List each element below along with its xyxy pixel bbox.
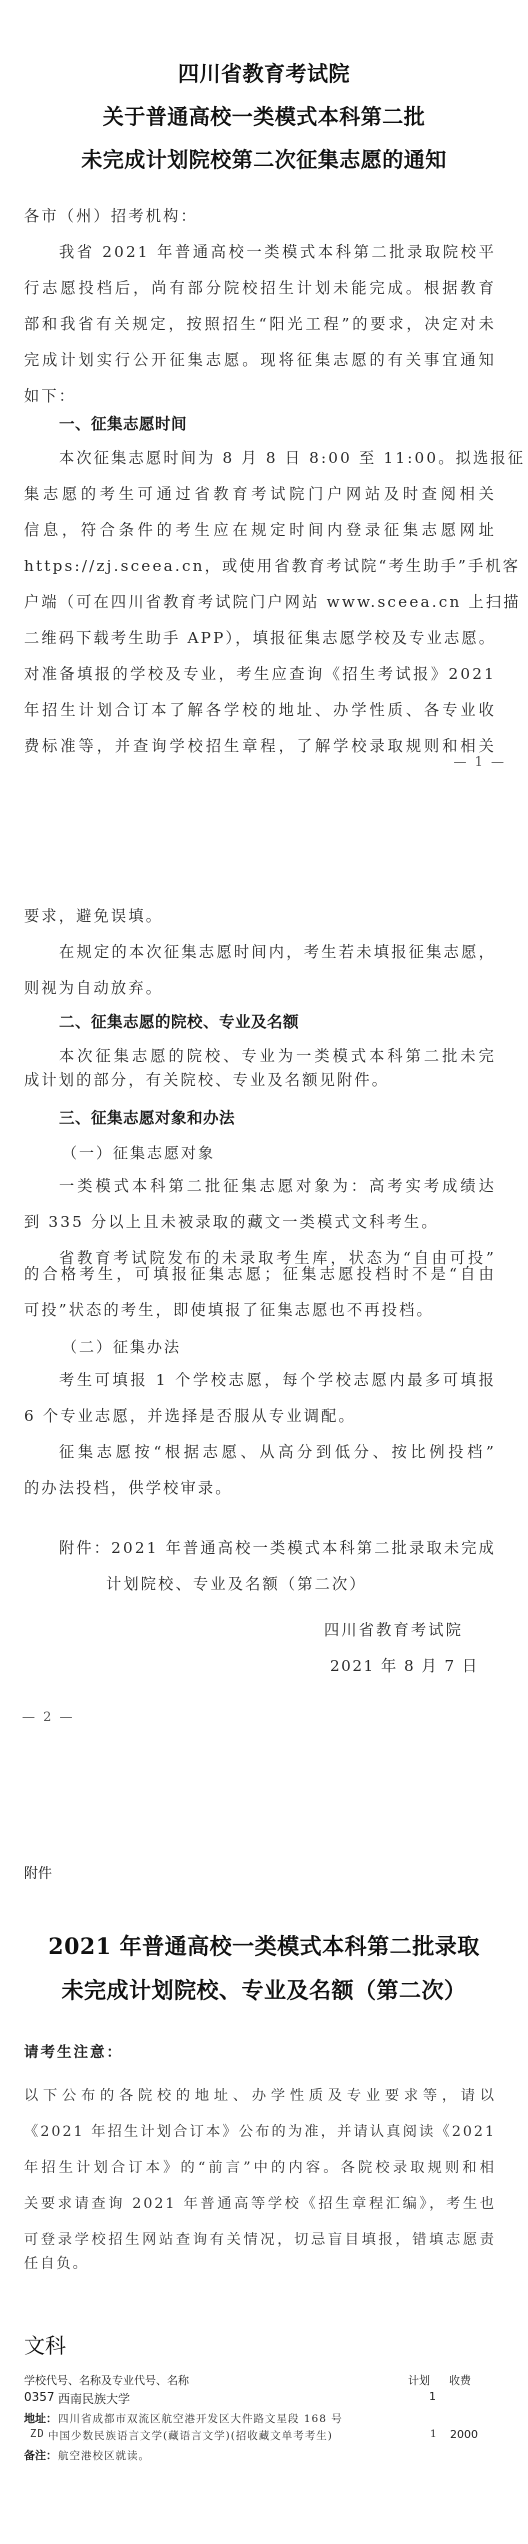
table-header-name: 学校代号、名称及专业代号、名称 xyxy=(24,2372,189,2388)
document-title-line-3: 未完成计划院校第二次征集志愿的通知 xyxy=(0,144,528,174)
notice-label: 请考生注意： xyxy=(24,2041,123,2062)
section-1-para2-line: 则视为自动放弃。 xyxy=(24,978,496,998)
sub1-para1-line: 到 335 分以上且未被录取的藏文一类模式文科考生。 xyxy=(24,1212,496,1232)
section-2-heading: 二、征集志愿的院校、专业及名额 xyxy=(59,1010,299,1032)
intro-line: 如下： xyxy=(24,386,496,406)
section-3-sub2-heading: （二）征集办法 xyxy=(62,1336,181,1357)
sub2-para2-line: 征集志愿按“根据志愿、从高分到低分、按比例投档” xyxy=(59,1442,496,1462)
intro-line: 我省 2021 年普通高校一类模式本科第二批录取院校平 xyxy=(59,242,496,262)
remark-value: 航空港校区就读。 xyxy=(58,2448,150,2463)
section-2-line: 本次征集志愿的院校、专业为一类模式本科第二批未完 xyxy=(59,1046,496,1066)
sub1-para2-line: 的合格考生，可填报征集志愿；征集志愿投档时不是“自由 xyxy=(24,1264,496,1284)
notice-line: 年招生计划合订本》的“前言”中的内容。各院校录取规则和相 xyxy=(24,2157,496,2177)
section-1-line: 信息，符合条件的考生应在规定时间内登录征集志愿网址 xyxy=(24,520,496,540)
major-code: ZD xyxy=(30,2428,45,2440)
address-value: 四川省成都市双流区航空港开发区大件路文星段 168 号 xyxy=(58,2411,343,2426)
section-1-heading: 一、征集志愿时间 xyxy=(59,412,187,434)
section-1-line-website: 户端（可在四川省教育考试院门户网站 www.sceea.cn 上扫描 xyxy=(24,592,496,612)
section-3-sub1-heading: （一）征集志愿对象 xyxy=(62,1142,215,1163)
category-heading: 文科 xyxy=(24,2330,66,2360)
notice-line: 关要求请查询 2021 年普通高等学校《招生章程汇编》，考生也 xyxy=(24,2193,496,2213)
table-header-plan: 计划 xyxy=(408,2372,430,2388)
notice-line: 可登录学校招生网站查询有关情况，切忌盲目填报，错填志愿责 xyxy=(24,2229,496,2249)
sub2-para1-line: 6 个专业志愿，并选择是否服从专业调配。 xyxy=(24,1406,496,1426)
section-1-line: 年招生计划合订本了解各学校的地址、办学性质、各专业收 xyxy=(24,700,496,720)
remark-label: 备注： xyxy=(24,2447,57,2463)
intro-line: 完成计划实行公开征集志愿。现将征集志愿的有关事宜通知 xyxy=(24,350,496,370)
attachment-label: 附件 xyxy=(24,1863,52,1883)
section-3-heading: 三、征集志愿对象和办法 xyxy=(59,1106,235,1128)
section-2-line: 成计划的部分，有关院校、专业及名额见附件。 xyxy=(24,1070,496,1090)
attachment-title-line-2: 未完成计划院校、专业及名额（第二次） xyxy=(0,1974,528,2005)
section-1-line: 集志愿的考生可通过省教育考试院门户网站及时查阅相关 xyxy=(24,484,496,504)
page-number-1: — 1 — xyxy=(453,755,506,770)
attachment-title-line-1: 2021 年普通高校一类模式本科第二批录取 xyxy=(0,1930,528,1961)
signature-org: 四川省教育考试院 xyxy=(324,1620,463,1640)
notice-line: 《2021 年招生计划合订本》公布的为准，并请认真阅读《2021 xyxy=(24,2121,496,2141)
major-fee: 2000 xyxy=(450,2428,478,2441)
school-name: 西南民族大学 xyxy=(58,2390,130,2407)
notice-line: 任自负。 xyxy=(24,2253,496,2273)
salutation: 各市（州）招考机构： xyxy=(24,206,496,226)
section-1-continued-line: 要求，避免误填。 xyxy=(24,906,496,926)
attachment-reference-line: 附件：2021 年普通高校一类模式本科第二批录取未完成 xyxy=(59,1538,496,1558)
signature-date: 2021 年 8 月 7 日 xyxy=(330,1656,479,1676)
sub2-para2-line: 的办法投档，供学校审录。 xyxy=(24,1478,496,1498)
address-label: 地址： xyxy=(24,2410,57,2426)
sub1-para2-line: 可投”状态的考生，即使填报了征集志愿也不再投档。 xyxy=(24,1300,496,1320)
notice-line: 以下公布的各院校的地址、办学性质及专业要求等，请以 xyxy=(24,2085,496,2105)
document-title-line-1: 四川省教育考试院 xyxy=(0,58,528,88)
intro-line: 部和我省有关规定，按照招生“阳光工程”的要求，决定对未 xyxy=(24,314,496,334)
attachment-reference-line: 计划院校、专业及名额（第二次） xyxy=(106,1574,528,1594)
section-1-line-url: https://zj.sceea.cn，或使用省教育考试院“考生助手”手机客 xyxy=(24,556,496,576)
major-plan: 1 xyxy=(430,2428,438,2440)
page-number-2: — 2 — xyxy=(22,1710,75,1725)
section-1-line: 对准备填报的学校及专业，考生应查询《招生考试报》2021 xyxy=(24,664,496,684)
sub1-para1-line: 一类模式本科第二批征集志愿对象为：高考实考成绩达 xyxy=(59,1176,496,1196)
sub2-para1-line: 考生可填报 1 个学校志愿，每个学校志愿内最多可填报 xyxy=(59,1370,496,1390)
school-code: 0357 xyxy=(24,2390,55,2404)
school-plan: 1 xyxy=(429,2390,436,2403)
table-header-fee: 收费 xyxy=(449,2372,471,2388)
section-1-line: 二维码下载考生助手 APP），填报征集志愿学校及专业志愿。 xyxy=(24,628,496,648)
intro-line: 行志愿投档后，尚有部分院校招生计划未能完成。根据教育 xyxy=(24,278,496,298)
major-name: 中国少数民族语言文学(藏语言文学)(招收藏文单考考生) xyxy=(48,2428,333,2443)
section-1-line: 本次征集志愿时间为 8 月 8 日 8:00 至 11:00。拟选报征 xyxy=(59,448,496,468)
section-1-line: 费标准等，并查询学校招生章程，了解学校录取规则和相关 xyxy=(24,736,496,756)
document-title-line-2: 关于普通高校一类模式本科第二批 xyxy=(0,101,528,131)
section-1-para2-line: 在规定的本次征集志愿时间内，考生若未填报征集志愿， xyxy=(59,942,496,962)
